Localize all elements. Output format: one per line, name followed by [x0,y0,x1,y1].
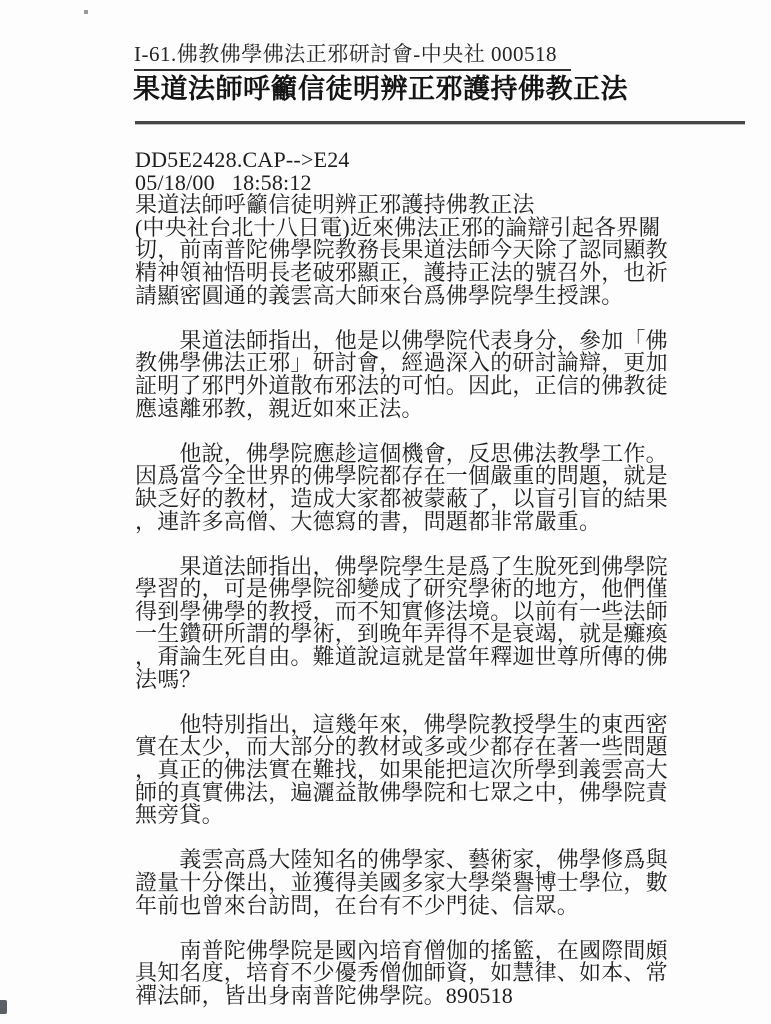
text-line: 實在太少，而大部分的教材或多或少都存在著一些問題 [135,736,735,759]
text-line: 證量十分傑出，並獲得美國多家大學榮譽博士學位，數 [135,872,735,895]
text-line: 禪法師，皆出身南普陀佛學院。890518 [135,985,735,1008]
article-paragraph: 南普陀佛學院是國內培育僧伽的搖籃，在國際間頗具知名度，培育不少優秀僧伽師資，如慧… [135,940,735,1008]
text-line: 法嗎？ [135,669,735,692]
text-line: 他說，佛學院應趁這個機會，反思佛法教學工作。 [135,443,735,466]
article-file-ref: DD5E2428.CAP-->E24 [135,149,735,172]
text-line: 他特別指出，這幾年來，佛學院教授學生的東西密 [135,714,735,737]
article-paragraph: 他特別指出，這幾年來，佛學院教授學生的東西密實在太少，而大部分的教材或多或少都存… [135,714,735,827]
text-line: (中央社台北十八日電)近來佛法正邪的論辯引起各界關 [135,217,735,240]
text-line: 應遠離邪教，親近如來正法。 [135,398,735,421]
article-datetime: 05/18/00 18:58:12 [135,172,735,195]
text-line: 學習的，可是佛學院卻變成了研究學術的地方，他們僅 [135,578,735,601]
text-line: 果道法師指出，佛學院學生是爲了生脫死到佛學院 [135,556,735,579]
text-line: ，連許多高僧、大德寫的書，問題都非常嚴重。 [135,511,735,534]
text-line: 年前也曾來台訪問，在台有不少門徒、信眾。 [135,895,735,918]
article-paragraph: 他說，佛學院應趁這個機會，反思佛法教學工作。因爲當今全世界的佛學院都存在一個嚴重… [135,443,735,533]
text-line: 証明了邪門外道散布邪法的可怕。因此，正信的佛教徒 [135,375,735,398]
document-index-header: I-61.佛教佛學佛法正邪研討會-中央社 000518 [134,42,571,71]
article-body: DD5E2428.CAP-->E24 05/18/00 18:58:12 果道法… [135,149,735,1008]
text-line: ，甭論生死自由。難道說這就是當年釋迦世尊所傳的佛 [135,646,735,669]
text-line: 無旁貸。 [135,804,735,827]
text-line: 果道法師呼籲信徒明辨正邪護持佛教正法 [135,194,735,217]
text-line: ，真正的佛法實在難找，如果能把這次所學到義雲高大 [135,759,735,782]
article-paragraphs: 果道法師呼籲信徒明辨正邪護持佛教正法(中央社台北十八日電)近來佛法正邪的論辯引起… [135,194,735,1007]
text-line: 義雲高爲大陸知名的佛學家、藝術家，佛學修爲與 [135,849,735,872]
text-line: 教佛學佛法正邪」研討會，經過深入的研討論辯，更加 [135,352,735,375]
article-paragraph: 果道法師指出，他是以佛學院代表身分，參加「佛教佛學佛法正邪」研討會，經過深入的研… [135,330,735,420]
scan-artifact-edge-mark [0,1000,7,1014]
scan-artifact-speck [84,10,88,14]
headline-divider-rule [135,121,745,124]
article-paragraph: 果道法師呼籲信徒明辨正邪護持佛教正法(中央社台北十八日電)近來佛法正邪的論辯引起… [135,194,735,307]
text-line: 具知名度，培育不少優秀僧伽師資，如慧律、如本、常 [135,962,735,985]
text-line: 一生鑽研所謂的學術，到晚年弄得不是衰竭，就是癱瘓 [135,623,735,646]
text-line: 缺乏好的教材，造成大家都被蒙蔽了，以盲引盲的結果 [135,488,735,511]
article-paragraph: 果道法師指出，佛學院學生是爲了生脫死到佛學院學習的，可是佛學院卻變成了研究學術的… [135,556,735,692]
scanned-document-page: I-61.佛教佛學佛法正邪研討會-中央社 000518 果道法師呼籲信徒明辨正邪… [0,0,771,1024]
text-line: 得到學佛學的教授，而不知實修法境。以前有一些法師 [135,601,735,624]
text-line: 精神領袖悟明長老破邪顯正，護持正法的號召外，也祈 [135,262,735,285]
text-line: 因爲當今全世界的佛學院都存在一個嚴重的問題，就是 [135,465,735,488]
article-paragraph: 義雲高爲大陸知名的佛學家、藝術家，佛學修爲與證量十分傑出，並獲得美國多家大學榮譽… [135,849,735,917]
text-line: 請顯密圓通的義雲高大師來台爲佛學院學生授課。 [135,285,735,308]
text-line: 南普陀佛學院是國內培育僧伽的搖籃，在國際間頗 [135,940,735,963]
text-line: 果道法師指出，他是以佛學院代表身分，參加「佛 [135,330,735,353]
text-line: 切，前南普陀佛學院教務長果道法師今天除了認同顯教 [135,239,735,262]
text-line: 師的真實佛法，遍灑益散佛學院和七眾之中，佛學院責 [135,782,735,805]
article-headline: 果道法師呼籲信徒明辨正邪護持佛教正法 [133,71,628,107]
